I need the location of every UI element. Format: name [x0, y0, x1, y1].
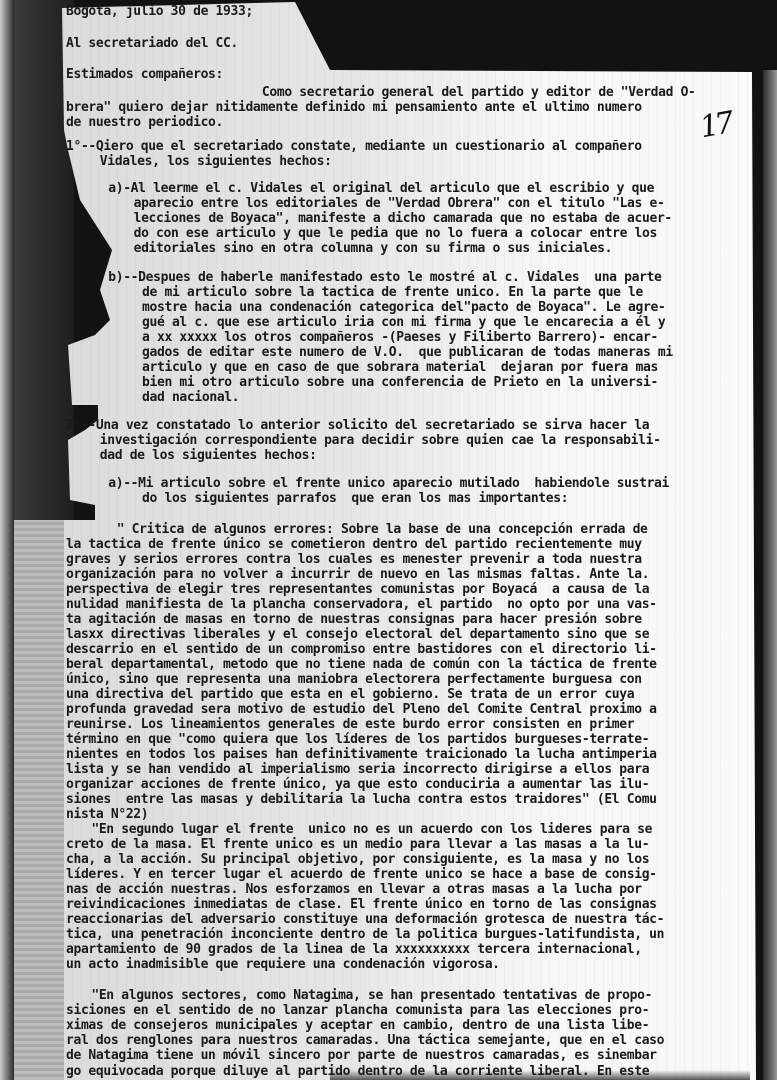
document-line: nulidad manifiesta de la plancha conserv…	[66, 597, 657, 613]
document-line: aparecio entre los editoriales de "Verda…	[134, 196, 665, 212]
document-line: perspectiva de elegir tres representante…	[66, 582, 649, 598]
document-line: go equivocada porque diluye al partido d…	[66, 1064, 649, 1080]
document-line: mostre hacia una condenación categorica …	[142, 300, 665, 316]
date-line: Bogota, julio 30 de 1933;	[66, 4, 253, 20]
document-line: tica, una penetración inconciente dentro…	[66, 927, 664, 943]
document-line: término en que "como quiera que los líde…	[66, 732, 649, 748]
document-line: "En segundo lugar el frente unico no es …	[91, 822, 652, 838]
document-line: un acto inadmisible que requiere una con…	[66, 957, 500, 973]
document-line: de Natagima tiene un móvil sincero por p…	[66, 1048, 657, 1064]
document-line: de mi articulo sobre la tactica de frent…	[142, 285, 643, 301]
document-line: apartamiento de 90 grados de la linea de…	[66, 942, 642, 958]
document-line: Vidales, los siguientes hechos:	[100, 154, 332, 170]
document-line: ta agitación de masas en torno de nuestr…	[66, 612, 642, 628]
document-line: lecciones de Boyaca", manifeste a dicho …	[134, 211, 672, 227]
document-line: a)--Mi articulo sobre el frente unico ap…	[108, 476, 669, 492]
document-line: organización para no volver a incurrir d…	[66, 567, 649, 583]
document-line: organizar acciones de frente único, ya q…	[66, 777, 649, 793]
handwritten-page-number: 17	[697, 106, 733, 146]
document-line: " Critica de algunos errores: Sobre la b…	[117, 522, 648, 538]
document-line: investigación correspondiente para decid…	[100, 433, 661, 449]
document-line: una directiva del partido que esta en el…	[66, 687, 634, 703]
document-line: ximas de consejeros municipales y acepta…	[66, 1018, 649, 1034]
document-line: descarrio en el sentido de un compromiso…	[66, 642, 657, 658]
document-line: ral dos renglones para nuestros camarada…	[66, 1033, 664, 1049]
document-line: profunda gravedad sera motivo de estudio…	[66, 702, 657, 718]
document-line: editoriales sino en otra columna y con s…	[134, 241, 613, 257]
document-line: dad nacional.	[142, 390, 239, 406]
document-line: lista y se han vendido al imperialismo s…	[66, 762, 649, 778]
document-line: gué al c. que ese articulo iria con mi f…	[142, 315, 665, 331]
salutation: Estimados compañeros:	[66, 67, 223, 83]
document-line: único, sino que representa una maniobra …	[66, 672, 642, 688]
document-line: siones entre las masas y debilitaria la …	[66, 792, 657, 808]
document-line: brera" quiero dejar nitidamente definido…	[66, 100, 642, 116]
document-line: a)-Al leerme el c. Vidales el original d…	[108, 181, 654, 197]
document-line: cha, a la acción. Su principal objetivo,…	[66, 852, 649, 868]
document-line: nista N°22)	[66, 807, 148, 823]
document-line: do con ese articulo y que le pedia que n…	[134, 226, 657, 242]
document-line: reaccionarias del adversario constituye …	[66, 912, 664, 928]
document-body: Bogota, julio 30 de 1933; Al secretariad…	[66, 0, 756, 64]
document-line: reunirse. Los lineamientos generales de …	[66, 717, 634, 733]
document-line: la tactica de frente único se cometieron…	[66, 537, 642, 553]
document-line: "En algunos sectores, como Natagima, se …	[91, 988, 652, 1004]
document-line: do los siguientes parrafos que eran los …	[142, 491, 568, 507]
document-line: lasxx directivas liberales y el consejo …	[66, 627, 649, 643]
document-line: dad de los siguientes hechos:	[100, 448, 317, 464]
scanner-edge-right	[763, 70, 777, 1080]
document-line: 2°--Una vez constatado lo anterior solic…	[66, 418, 649, 434]
document-line: gados de editar este numero de V.O. que …	[142, 345, 673, 361]
document-line: graves y serios errores contra los cuale…	[66, 552, 642, 568]
document-line: articulo y que en caso de que sobrara ma…	[142, 360, 658, 376]
addressee: Al secretariado del CC.	[66, 36, 238, 52]
document-line: reivindicaciones inmediatas de clase. El…	[66, 897, 657, 913]
document-line: b)--Despues de haberle manifestado esto …	[108, 270, 661, 286]
document-line: nas de acción nuestras. Nos esforzamos e…	[66, 882, 642, 898]
document-line: de nuestro periodico.	[66, 115, 223, 131]
document-line: bien mi otro articulo sobre una conferen…	[142, 375, 658, 391]
scanner-edge-left	[0, 0, 14, 1080]
document-line: 1°--Qiero que el secretariado constate, …	[66, 139, 642, 155]
document-line: siciones en el sentido de no lanzar plan…	[66, 1003, 649, 1019]
document-line: a xx xxxxx los otros compañeros -(Paeses…	[142, 330, 658, 346]
document-line: líderes. Y en tercer lugar el acuerdo de…	[66, 867, 657, 883]
document-line: Como secretario general del partido y ed…	[262, 85, 696, 101]
document-line: nientes en todos los paises han definiti…	[66, 747, 657, 763]
document-line: beral departamental, metodo que no tiene…	[66, 657, 657, 673]
underlying-page-edge	[14, 520, 64, 1080]
document-line: creto de la masa. El frente unico es un …	[66, 837, 649, 853]
